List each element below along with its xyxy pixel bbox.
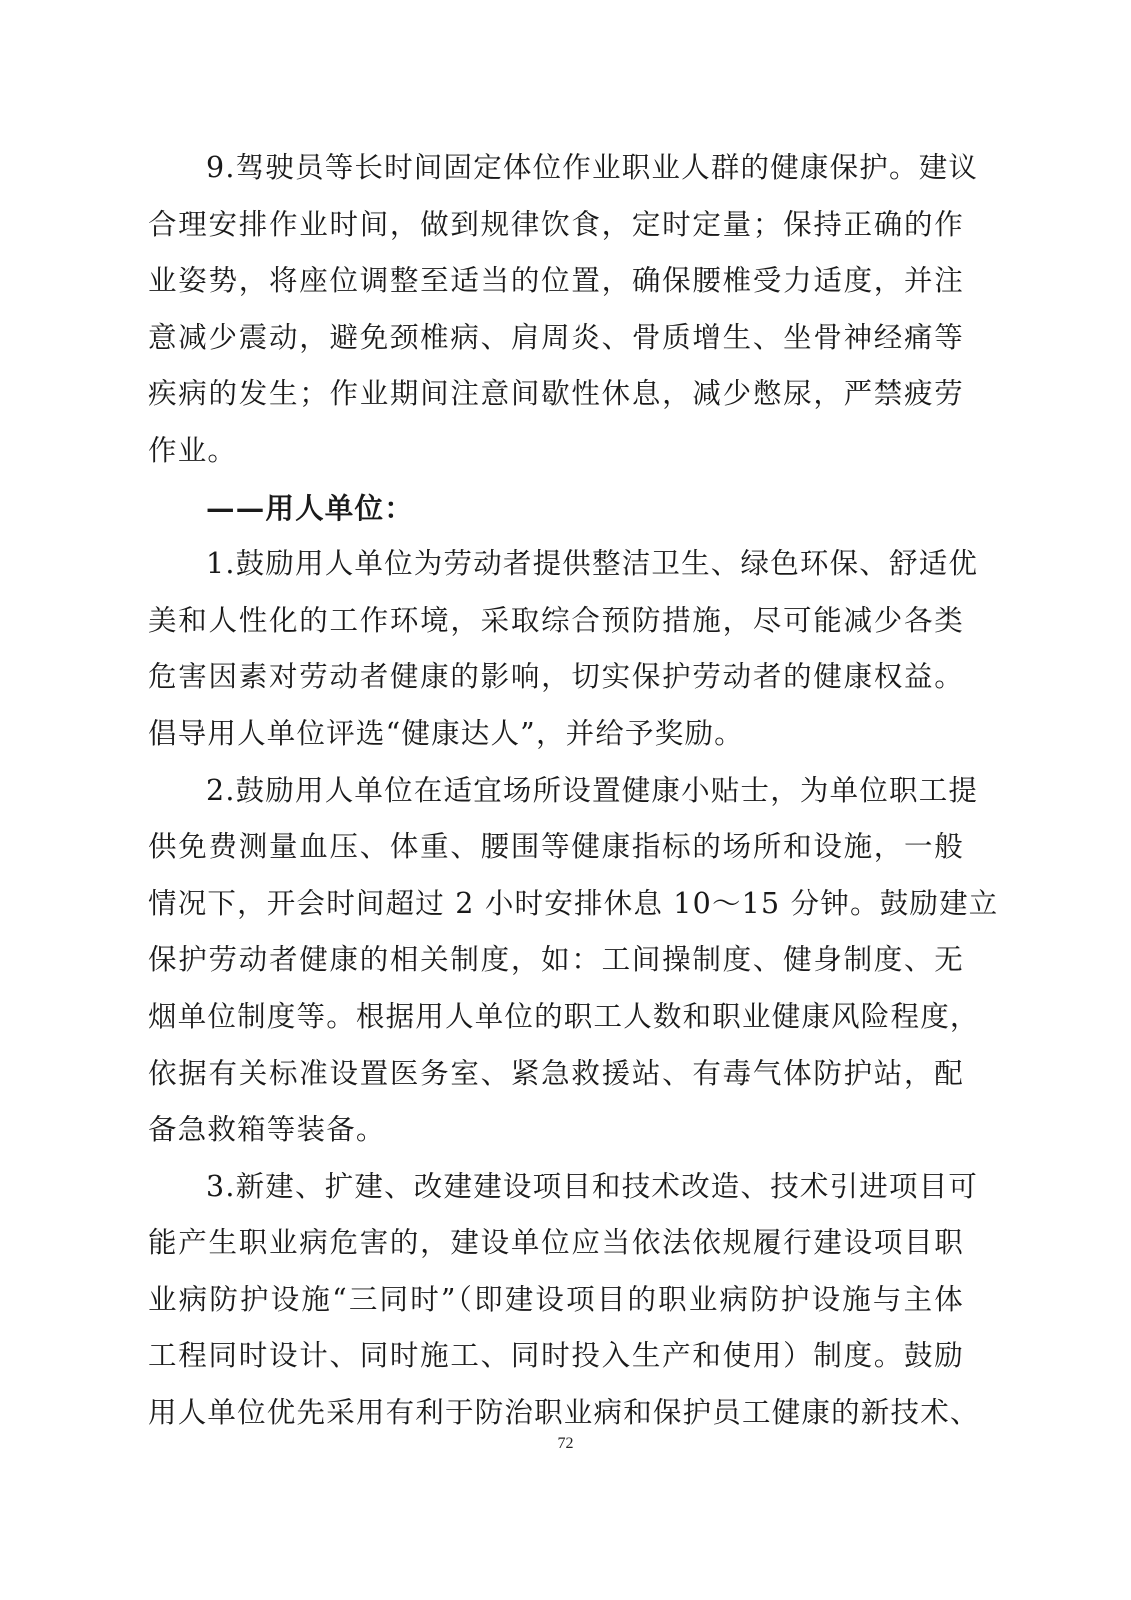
page-number: 72: [0, 1435, 1131, 1453]
text-line: 业病防护设施“三同时”（即建设项目的职业病防护设施与主体: [148, 1272, 964, 1329]
document-page: 9.驾驶员等长时间固定体位作业职业人群的健康保护。建议 合理安排作业时间，做到规…: [0, 0, 1131, 1600]
text-line: 业姿势，将座位调整至适当的位置，确保腰椎受力适度，并注: [148, 253, 964, 310]
section-heading: ——用人单位：: [148, 480, 964, 537]
text-line: 合理安排作业时间，做到规律饮食，定时定量；保持正确的作: [148, 197, 964, 254]
document-body: 9.驾驶员等长时间固定体位作业职业人群的健康保护。建议 合理安排作业时间，做到规…: [148, 140, 964, 1442]
text-line: 3.新建、扩建、改建建设项目和技术改造、技术引进项目可: [148, 1159, 964, 1216]
text-line: 工程同时设计、同时施工、同时投入生产和使用）制度。鼓励: [148, 1328, 964, 1385]
text-line: 疾病的发生；作业期间注意间歇性休息，减少憋尿，严禁疲劳: [148, 366, 964, 423]
section-heading-employer: ——用人单位：: [148, 480, 964, 537]
text-line: 烟单位制度等。根据用人单位的职工人数和职业健康风险程度，: [148, 989, 964, 1046]
text-line: 9.驾驶员等长时间固定体位作业职业人群的健康保护。建议: [148, 140, 964, 197]
text-line: 作业。: [148, 423, 964, 480]
text-line: 意减少震动，避免颈椎病、肩周炎、骨质增生、坐骨神经痛等: [148, 310, 964, 367]
text-line: 情况下，开会时间超过 2 小时安排休息 10～15 分钟。鼓励建立: [148, 876, 964, 933]
text-line: 1.鼓励用人单位为劳动者提供整洁卫生、绿色环保、舒适优: [148, 536, 964, 593]
text-line: 供免费测量血压、体重、腰围等健康指标的场所和设施，一般: [148, 819, 964, 876]
paragraph-item-9: 9.驾驶员等长时间固定体位作业职业人群的健康保护。建议 合理安排作业时间，做到规…: [148, 140, 964, 480]
paragraph-employer-item-1: 1.鼓励用人单位为劳动者提供整洁卫生、绿色环保、舒适优 美和人性化的工作环境，采…: [148, 536, 964, 762]
text-line: 备急救箱等装备。: [148, 1102, 964, 1159]
text-line: 能产生职业病危害的，建设单位应当依法依规履行建设项目职: [148, 1215, 964, 1272]
paragraph-employer-item-3: 3.新建、扩建、改建建设项目和技术改造、技术引进项目可 能产生职业病危害的，建设…: [148, 1159, 964, 1442]
text-line: 危害因素对劳动者健康的影响，切实保护劳动者的健康权益。: [148, 649, 964, 706]
paragraph-employer-item-2: 2.鼓励用人单位在适宜场所设置健康小贴士，为单位职工提 供免费测量血压、体重、腰…: [148, 763, 964, 1159]
text-line: 2.鼓励用人单位在适宜场所设置健康小贴士，为单位职工提: [148, 763, 964, 820]
text-line: 依据有关标准设置医务室、紧急救援站、有毒气体防护站，配: [148, 1046, 964, 1103]
text-line: 保护劳动者健康的相关制度，如：工间操制度、健身制度、无: [148, 932, 964, 989]
text-line: 用人单位优先采用有利于防治职业病和保护员工健康的新技术、: [148, 1385, 964, 1442]
text-line: 倡导用人单位评选“健康达人”，并给予奖励。: [148, 706, 964, 763]
text-line: 美和人性化的工作环境，采取综合预防措施，尽可能减少各类: [148, 593, 964, 650]
